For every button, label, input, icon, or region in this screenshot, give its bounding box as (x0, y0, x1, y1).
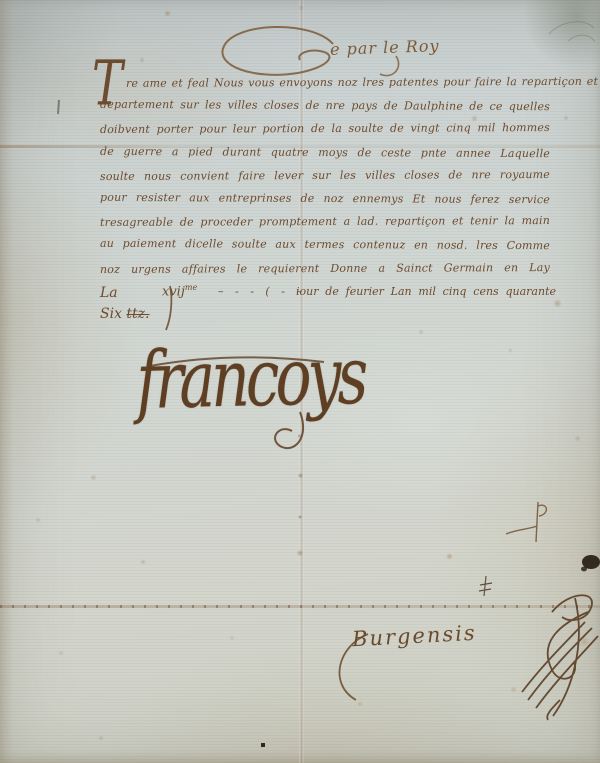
letter-line: departement sur les villes closes de nre… (100, 98, 550, 124)
date-day-suffix: me (185, 283, 197, 292)
date-line: La xvijme – ‑ ‑ ( ‑ – iour de feurier La… (100, 285, 556, 307)
lower-horizontal-fold-crease (0, 605, 600, 608)
signature-burgensis: Burgensis (351, 621, 477, 651)
date-rest: iour de feurier Lan mil cinq cens quaran… (296, 285, 556, 298)
foxing-spot (98, 735, 104, 741)
date-year-word: Six ttz. (100, 306, 150, 322)
letter-line: au paiement dicelle soulte aux termes co… (100, 237, 550, 263)
p-mark (506, 502, 546, 542)
filler-dashes: – ‑ ‑ ( ‑ – (218, 285, 306, 298)
letter-line: tresagreable de proceder promptement a l… (100, 214, 550, 239)
ink-fleck (261, 743, 265, 747)
letter-line: noz urgens affaires le requierent Donne … (100, 261, 550, 286)
header-de-par-le-roy: e par le Roy (330, 36, 440, 59)
letter-line: doibvent porter pour leur portion de la … (100, 121, 550, 146)
foxing-spot (418, 329, 424, 335)
foxing-spot (90, 474, 97, 481)
date-day-number: xvij (162, 284, 185, 299)
foxing-spot (229, 635, 235, 641)
header-d-flourish (222, 27, 333, 75)
date-prefix: La (100, 285, 118, 301)
edge-mark (58, 100, 59, 114)
foxing-spot (446, 553, 453, 560)
foxing-spot (164, 10, 171, 17)
letter-line: soulte nous convient faire lever sur les… (100, 168, 550, 193)
foxing-spot (579, 636, 590, 647)
letter-body: re ame et feal Nous vous envoyons noz lr… (100, 76, 550, 285)
manuscript-page: e par le Roy T re ame et feal Nous vous … (0, 0, 600, 763)
letter-line: de guerre a pied durant quatre moys de c… (100, 144, 550, 170)
header-y-tail (380, 56, 399, 76)
corner-scribble (549, 22, 595, 42)
date-day: xvijme (162, 283, 197, 299)
letter-line: re ame et feal Nous vous envoyons noz lr… (100, 75, 550, 100)
foxing-spot (510, 686, 517, 693)
left-edge-shading (0, 0, 14, 763)
foxing-spot (574, 435, 581, 442)
signature-francoys: francoys (136, 337, 365, 421)
abbreviation-mark: ttz. (126, 306, 149, 322)
foxing-spot (357, 701, 363, 707)
foxing-spot (58, 650, 64, 656)
letter-line: pour resister aux entreprinses de noz en… (100, 191, 550, 217)
cross-mark (479, 576, 492, 596)
ink-blot (582, 555, 600, 569)
foxing-spot (35, 517, 41, 523)
year-word: Six (100, 306, 122, 322)
foxing-spot (140, 559, 146, 565)
foxing-spot (563, 115, 569, 121)
secretary-paraph (522, 595, 598, 720)
ink-blot-small (581, 567, 587, 572)
foxing-spot (139, 57, 145, 63)
foxing-spot (508, 348, 513, 353)
